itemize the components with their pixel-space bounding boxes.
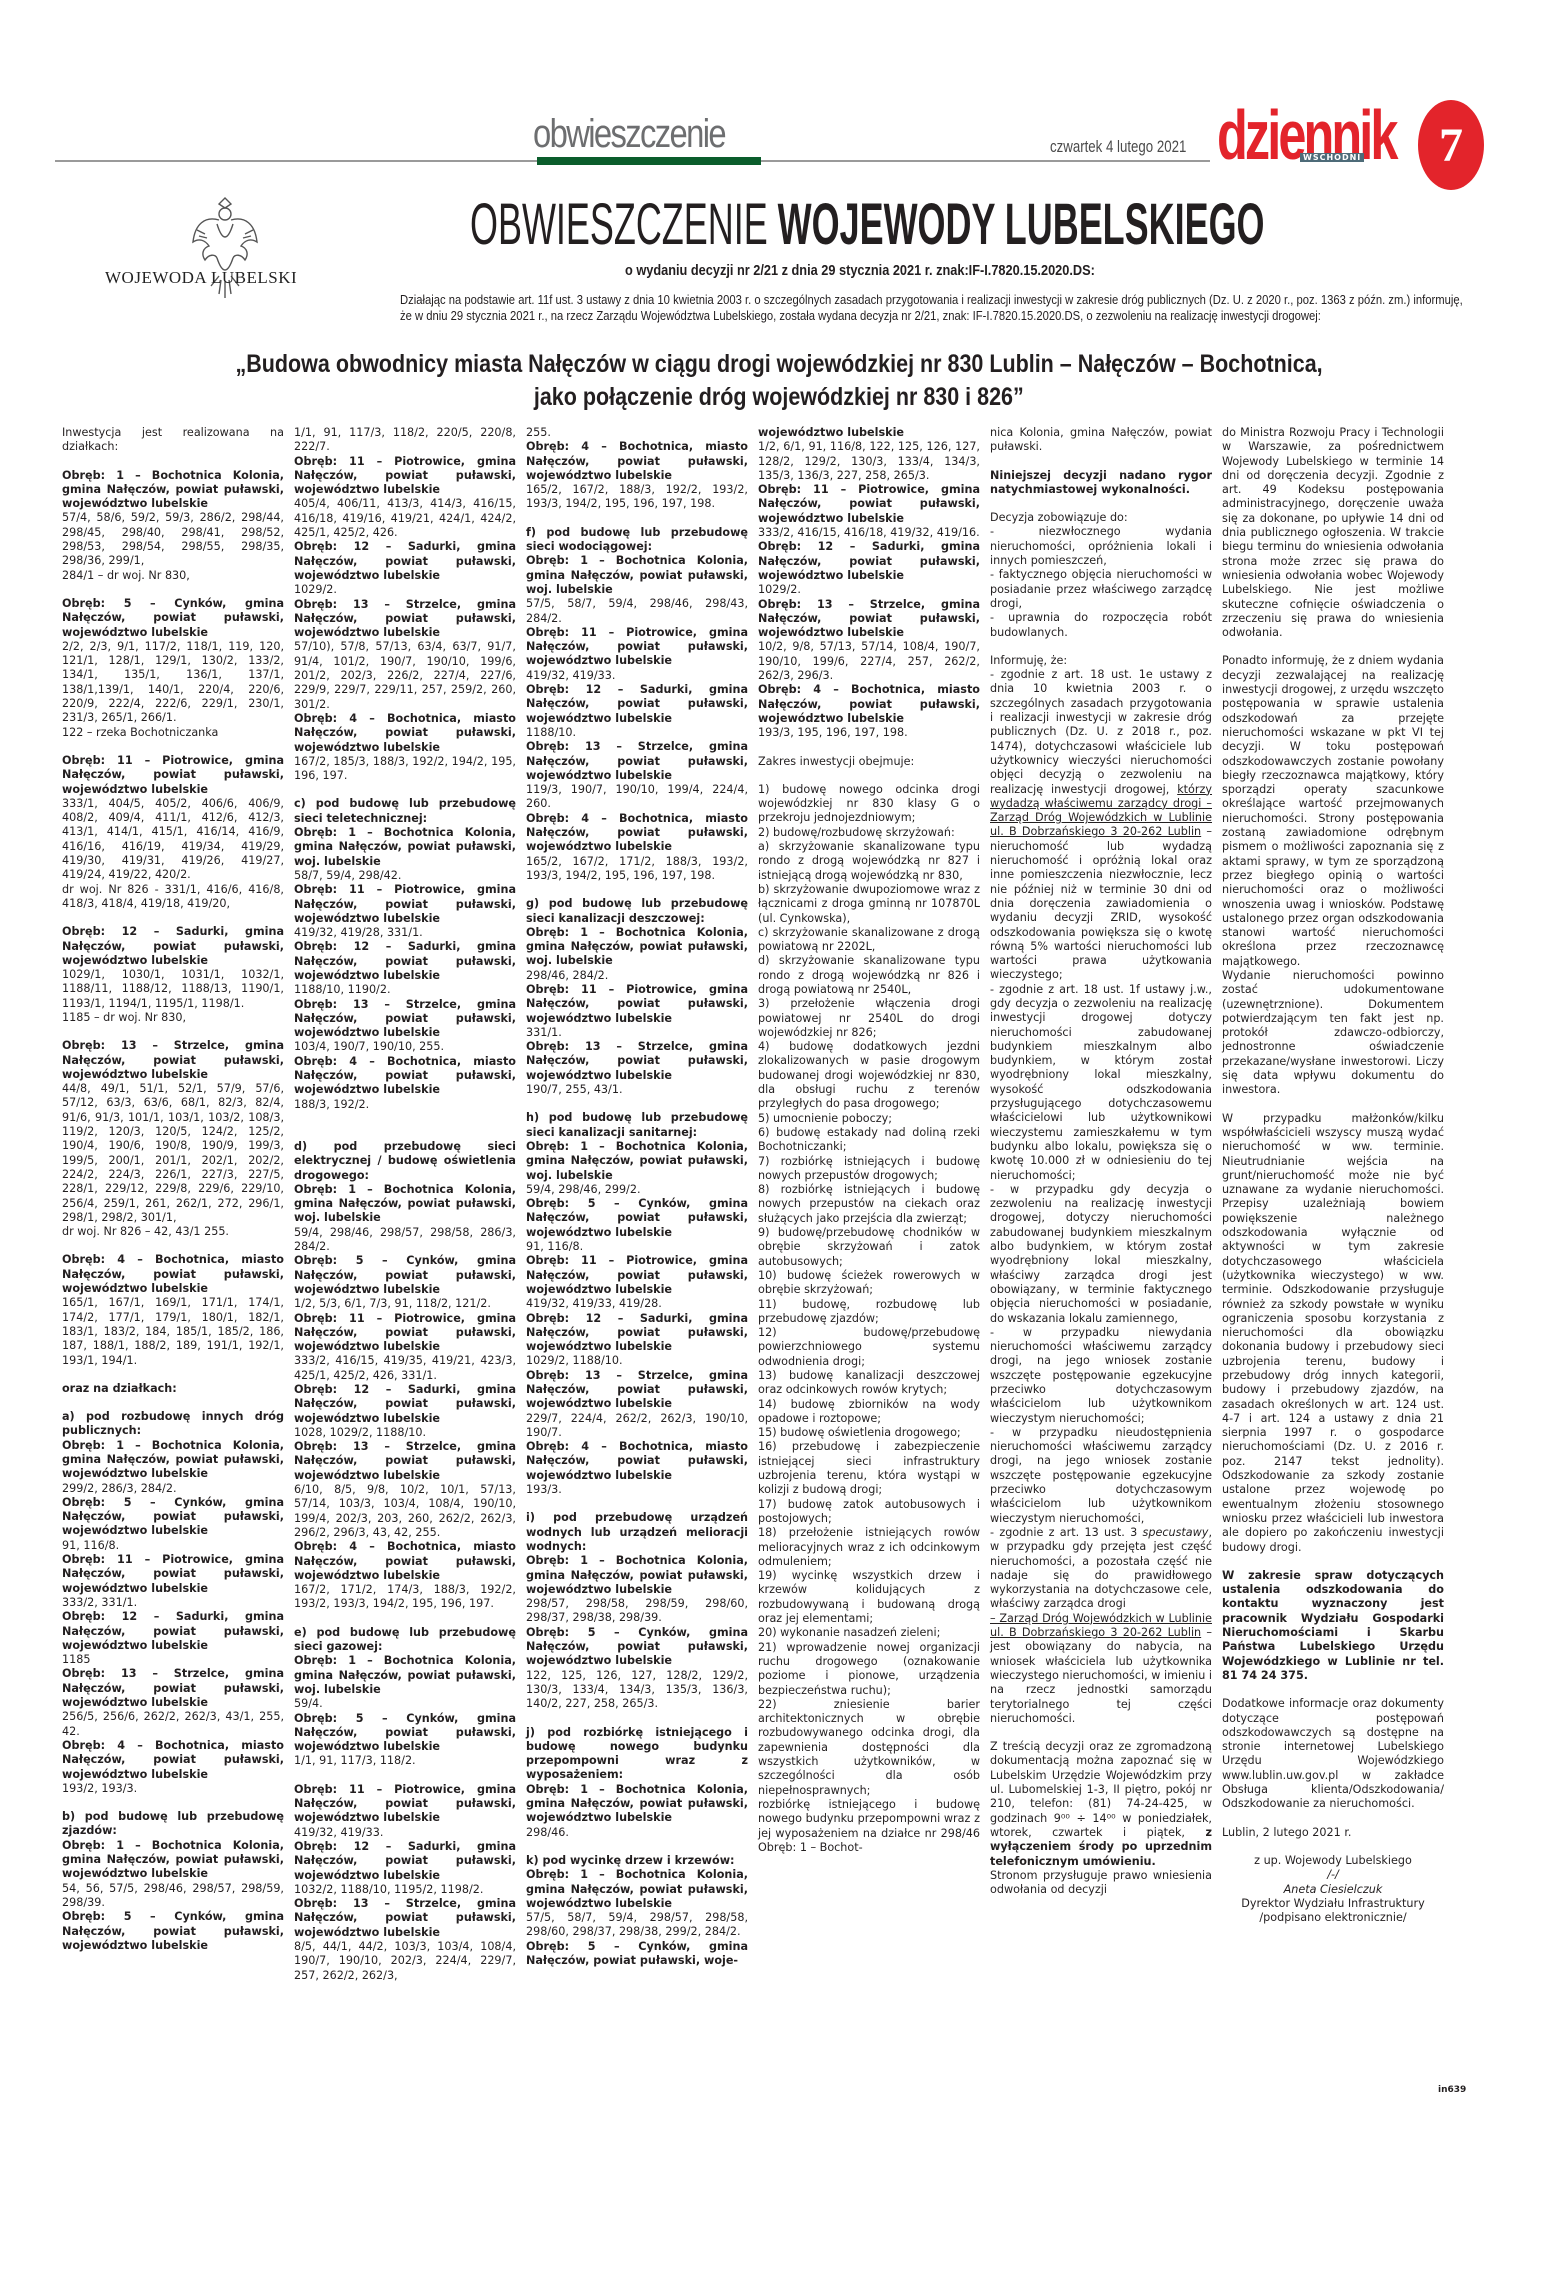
newspaper-logo-sub: WSCHODNI xyxy=(1300,153,1364,162)
paragraph: 331/1. xyxy=(526,1026,748,1040)
paragraph-gap xyxy=(1222,1683,1444,1697)
paragraph: 1028, 1029/2, 1188/10. xyxy=(294,1426,516,1440)
column-3: 255.Obręb: 4 – Bochotnica, miasto Nałęcz… xyxy=(526,426,748,2226)
paragraph-gap xyxy=(294,1126,516,1140)
paragraph: 20) wykonanie nasadzeń zieleni; xyxy=(758,1626,980,1640)
section-heading: Obręb: 11 – Piotrowice, gmina Nałęczów, … xyxy=(526,1254,748,1297)
paragraph: 1188/10. xyxy=(526,726,748,740)
section-heading: Obręb: 12 – Sadurki, gmina Nałęczów, pow… xyxy=(294,540,516,583)
paragraph: 59/4. xyxy=(294,1697,516,1711)
paragraph: 298/46. xyxy=(526,1826,748,1840)
paragraph-gap xyxy=(758,741,980,755)
paragraph: rozbiórkę istniejącego i budowę nowego b… xyxy=(758,1798,980,1855)
section-heading: Obręb: 13 – Strzelce, gmina Nałęczów, po… xyxy=(526,1369,748,1412)
paragraph: Dodatkowe informacje oraz dokumenty doty… xyxy=(1222,1697,1444,1811)
paragraph: 1185 – dr woj. Nr 830, xyxy=(62,1011,284,1025)
section-underline xyxy=(537,157,761,165)
section-heading: Obręb: 5 – Cynków, gmina Nałęczów, powia… xyxy=(294,1712,516,1755)
paragraph: - w przypadku niewydania nieruchomości w… xyxy=(990,1326,1212,1426)
section-heading: Obręb: 4 – Bochotnica, miasto Nałęczów, … xyxy=(526,812,748,855)
paragraph: 419/32, 419/28, 331/1. xyxy=(294,926,516,940)
section-heading: Obręb: 1 – Bochotnica Kolonia, gmina Nał… xyxy=(62,469,284,512)
paragraph: 54, 56, 57/5, 298/46, 298/57, 298/59, 29… xyxy=(62,1882,284,1911)
paragraph: 419/32, 419/33, 419/28. xyxy=(526,1297,748,1311)
section-heading: a) pod rozbudowę innych dróg publicznych… xyxy=(62,1410,284,1439)
paragraph: 6) budowę estakady nad doliną rzeki Boch… xyxy=(758,1126,980,1155)
paragraph: 333/2, 331/1. xyxy=(62,1596,284,1610)
section-heading: Niniejszej decyzji nadano rygor natychmi… xyxy=(990,469,1212,498)
paragraph-gap xyxy=(294,1612,516,1626)
section-heading: Obręb: 5 – Cynków, gmina Nałęczów, powia… xyxy=(294,1254,516,1297)
paragraph: 1029/2. xyxy=(294,583,516,597)
section-heading: Obręb: 12 – Sadurki, gmina Nałęczów, pow… xyxy=(294,1840,516,1883)
section-label: obwieszczenie xyxy=(533,112,725,157)
headline-line-2: jako połączenie dróg wojewódzkiej nr 830… xyxy=(534,381,1024,414)
paragraph: 333/1, 404/5, 405/2, 406/6, 406/9, 408/2… xyxy=(62,797,284,883)
paragraph: 419/32, 419/33. xyxy=(294,1826,516,1840)
paragraph: nica Kolonia, gmina Nałęczów, powiat puł… xyxy=(990,426,1212,455)
section-heading: Obręb: 12 – Sadurki, gmina Nałęczów, pow… xyxy=(62,1610,284,1653)
paragraph-gap xyxy=(62,740,284,754)
emblem-caption: WOJEWODA LUBELSKI xyxy=(105,268,297,288)
paragraph-gap xyxy=(526,512,748,526)
paragraph: 2) budowę/rozbudowę skrzyżowań: xyxy=(758,826,980,840)
section-heading: Obręb: 5 – Cynków, gmina Nałęczów, powia… xyxy=(62,597,284,640)
paragraph: 17) budowę zatok autobusowych i postojow… xyxy=(758,1498,980,1527)
section-heading: Obręb: 5 – Cynków, gmina Nałęczów, powia… xyxy=(62,1496,284,1539)
section-heading: Obręb: 4 – Bochotnica, miasto Nałęczów, … xyxy=(294,712,516,755)
section-heading: Obręb: 4 – Bochotnica, miasto Nałęczów, … xyxy=(294,1055,516,1098)
paragraph: 7) rozbiórkę istniejących i budowę nowyc… xyxy=(758,1155,980,1184)
section-heading: Obręb: 4 – Bochotnica, miasto Nałęczów, … xyxy=(62,1739,284,1782)
section-heading: k) pod wycinkę drzew i krzewów: xyxy=(526,1854,748,1868)
ad-code: in639 xyxy=(1438,2085,1466,2095)
section-heading: Obręb: 11 – Piotrowice, gmina Nałęczów, … xyxy=(62,1553,284,1596)
paragraph-gap xyxy=(62,1396,284,1410)
paragraph: 3) przełożenie włączenia drogi powiatowe… xyxy=(758,997,980,1040)
paragraph: Stronom przysługuje prawo wniesienia odw… xyxy=(990,1869,1212,1898)
paragraph: 91, 116/8. xyxy=(526,1240,748,1254)
paragraph: Lublin, 2 lutego 2021 r. xyxy=(1222,1826,1444,1840)
paragraph: c) skrzyżowanie skanalizowane z drogą po… xyxy=(758,926,980,955)
section-heading: Obręb: 13 – Strzelce, gmina Nałęczów, po… xyxy=(294,1897,516,1940)
masthead: obwieszczenie czwartek 4 lutego 2021 dzi… xyxy=(0,0,1558,170)
paragraph: Dyrektor Wydziału Infrastruktury xyxy=(1222,1897,1444,1911)
paragraph: 59/4, 298/46, 299/2. xyxy=(526,1183,748,1197)
section-heading: g) pod budowę lub przebudowę sieci kanal… xyxy=(526,897,748,926)
section-heading: Obręb: 4 – Bochotnica, miasto Nałęczów, … xyxy=(758,683,980,726)
paragraph: 16) przebudowę i zabezpieczenie istnieją… xyxy=(758,1440,980,1497)
paragraph: - faktycznego objęcia nieruchomości w po… xyxy=(990,568,1212,611)
paragraph-gap xyxy=(1222,1555,1444,1569)
paragraph-gap xyxy=(62,911,284,925)
paragraph: 167/2, 185/3, 188/3, 192/2, 194/2, 195, … xyxy=(294,755,516,784)
paragraph: 2/2, 2/3, 9/1, 117/2, 118/1, 119, 120, 1… xyxy=(62,640,284,726)
section-heading: e) pod budowę lub przebudowę sieci gazow… xyxy=(294,1626,516,1655)
paragraph: 122, 125, 126, 127, 128/2, 129/2, 130/3,… xyxy=(526,1669,748,1712)
section-heading: Obręb: 11 – Piotrowice, gmina Nałęczów, … xyxy=(526,983,748,1026)
paragraph: 44/8, 49/1, 51/1, 52/1, 57/9, 57/6, 57/1… xyxy=(62,1082,284,1225)
paragraph: 1/2, 5/3, 6/1, 7/3, 91, 118/2, 121/2. xyxy=(294,1297,516,1311)
paragraph: 298/57, 298/58, 298/59, 298/60, 298/37, … xyxy=(526,1597,748,1626)
paragraph-gap xyxy=(62,583,284,597)
paragraph: 256/5, 256/6, 262/2, 262/3, 43/1, 255, 4… xyxy=(62,1710,284,1739)
section-heading: Obręb: 13 – Strzelce, gmina Nałęczów, po… xyxy=(294,1440,516,1483)
paragraph: 165/1, 167/1, 169/1, 171/1, 174/1, 174/2… xyxy=(62,1296,284,1367)
paragraph: - zgodnie z art. 13 ust. 3 specustawy, w… xyxy=(990,1526,1212,1612)
section-heading: Obręb: 13 – Strzelce, gmina Nałęczów, po… xyxy=(294,598,516,641)
paragraph: 9) budowę/przebudowę chodników w obrębie… xyxy=(758,1226,980,1269)
paragraph: 165/2, 167/2, 188/3, 192/2, 193/2, 193/3… xyxy=(526,483,748,512)
paragraph-gap xyxy=(294,1769,516,1783)
section-heading: Obręb: 5 – Cynków, gmina Nałęczów, powia… xyxy=(62,1910,284,1953)
paragraph-gap xyxy=(62,1239,284,1253)
section-heading: Obręb: 11 – Piotrowice, gmina Nałęczów, … xyxy=(294,883,516,926)
section-heading: f) pod budowę lub przebudowę sieci wodoc… xyxy=(526,526,748,555)
paragraph: 57/5, 58/7, 59/4, 298/57, 298/58, 298/60… xyxy=(526,1911,748,1940)
section-heading: Obręb: 1 – Bochotnica Kolonia, gmina Nał… xyxy=(526,1140,748,1183)
paragraph-gap xyxy=(526,883,748,897)
paragraph: 6/10, 8/5, 9/8, 10/2, 10/1, 57/13, 57/14… xyxy=(294,1483,516,1540)
section-heading: d) pod przebudowę sieci elektrycznej / b… xyxy=(294,1140,516,1183)
paragraph: 1/2, 6/1, 91, 116/8, 122, 125, 126, 127,… xyxy=(758,440,980,483)
paragraph: 333/2, 416/15, 419/35, 419/21, 423/3, 42… xyxy=(294,1354,516,1383)
paragraph: 1029/1, 1030/1, 1031/1, 1032/1, 1188/11,… xyxy=(62,968,284,1011)
notice-intro: Działając na podstawie art. 11f ust. 3 u… xyxy=(400,292,1471,324)
paragraph: 190/7, 255, 43/1. xyxy=(526,1083,748,1097)
paragraph: 57/5, 58/7, 59/4, 298/46, 298/43, 284/2. xyxy=(526,597,748,626)
column-5: nica Kolonia, gmina Nałęczów, powiat puł… xyxy=(990,426,1212,2226)
paragraph: 1029/2. xyxy=(758,583,980,597)
section-heading: Obręb: 4 – Bochotnica, miasto Nałęczów, … xyxy=(526,1440,748,1483)
paragraph: - uprawnia do rozpoczęcia robót budowlan… xyxy=(990,611,1212,640)
paragraph: 18) przełożenie istniejących rowów melio… xyxy=(758,1526,980,1569)
polish-eagle-emblem-icon xyxy=(185,190,265,310)
section-heading: Obręb: 1 – Bochotnica Kolonia, gmina Nał… xyxy=(294,1183,516,1226)
paragraph: dr woj. Nr 826 – 42, 43/1 255. xyxy=(62,1225,284,1239)
paragraph: Z treścią decyzji oraz ze zgromadzoną do… xyxy=(990,1740,1212,1869)
paragraph: 58/7, 59/4, 298/42. xyxy=(294,869,516,883)
paragraph: 1188/10, 1190/2. xyxy=(294,983,516,997)
paragraph: - zgodnie z art. 18 ust. 1e ustawy z dni… xyxy=(990,668,1212,983)
section-heading: i) pod przebudowę urządzeń wodnych lub u… xyxy=(526,1511,748,1554)
section-heading: Obręb: 1 – Bochotnica Kolonia, gmina Nał… xyxy=(526,1554,748,1597)
paragraph: 8) rozbiórkę istniejących i budowę nowyc… xyxy=(758,1183,980,1226)
paragraph: 21) wprowadzenie nowej organizacji ruchu… xyxy=(758,1641,980,1698)
paragraph-gap xyxy=(62,1796,284,1810)
paragraph: - w przypadku nieudostępnienia nieruchom… xyxy=(990,1426,1212,1526)
section-heading: Obręb: 13 – Strzelce, gmina Nałęczów, po… xyxy=(62,1667,284,1710)
paragraph: 11) budowę, rozbudowę lub przebudowę zja… xyxy=(758,1298,980,1327)
paragraph: d) skrzyżowanie skanalizowane typu rondo… xyxy=(758,954,980,997)
notice-body-columns: Inwestycja jest realizowana na działkach… xyxy=(62,426,1446,2226)
section-heading: Obręb: 4 – Bochotnica, miasto Nałęczów, … xyxy=(526,440,748,483)
column-2: 1/1, 91, 117/3, 118/2, 220/5, 220/8, 222… xyxy=(294,426,516,2226)
section-heading: Obręb: 1 – Bochotnica Kolonia, gmina Nał… xyxy=(526,926,748,969)
paragraph: 188/3, 192/2. xyxy=(294,1098,516,1112)
paragraph: 193/3. xyxy=(526,1483,748,1497)
title-bold: WOJEWODY LUBELSKIEGO xyxy=(778,192,1265,257)
paragraph-gap xyxy=(526,1840,748,1854)
paragraph: 14) budowę zbiorników na wody opadowe i … xyxy=(758,1398,980,1427)
paragraph: 419/32, 419/33. xyxy=(526,669,748,683)
section-heading: Obręb: 11 – Piotrowice, gmina Nałęczów, … xyxy=(758,483,980,526)
section-heading: oraz na działkach: xyxy=(62,1382,284,1396)
paragraph: - niezwłocznego wydania nieruchomości, o… xyxy=(990,525,1212,568)
section-heading: Obręb: 1 – Bochotnica Kolonia, gmina Nał… xyxy=(294,1654,516,1697)
section-heading: Obręb: 1 – Bochotnica Kolonia, gmina Nał… xyxy=(62,1839,284,1882)
paragraph: 1032/2, 1188/10, 1195/2, 1198/2. xyxy=(294,1883,516,1897)
issue-date: czwartek 4 lutego 2021 xyxy=(1050,137,1186,157)
paragraph-gap xyxy=(62,455,284,469)
paragraph: 122 – rzeka Bochotniczanka xyxy=(62,726,284,740)
paragraph-gap xyxy=(526,1712,748,1726)
section-heading: W zakresie spraw dotyczących ustalenia o… xyxy=(1222,1569,1444,1683)
paragraph-gap xyxy=(294,783,516,797)
page-number-badge: 7 xyxy=(1418,100,1484,190)
section-heading: Obręb: 12 – Sadurki, gmina Nałęczów, pow… xyxy=(294,940,516,983)
paragraph-gap xyxy=(990,1726,1212,1740)
paragraph: 405/4, 406/11, 413/3, 414/3, 416/15, 416… xyxy=(294,497,516,540)
section-heading: Obręb: 12 – Sadurki, gmina Nałęczów, pow… xyxy=(758,540,980,583)
paragraph: 19) wycinkę wszystkich drzew i krzewów k… xyxy=(758,1569,980,1626)
paragraph: 4) budowę dodatkowych jezdni zlokalizowa… xyxy=(758,1040,980,1111)
paragraph: Inwestycja jest realizowana na działkach… xyxy=(62,426,284,455)
paragraph: do Ministra Rozwoju Pracy i Technologii … xyxy=(1222,426,1444,640)
section-heading: c) pod budowę lub przebudowę sieci telet… xyxy=(294,797,516,826)
paragraph: 229/7, 224/4, 262/2, 262/3, 190/10, 190/… xyxy=(526,1412,748,1441)
section-heading: Obręb: 11 – Piotrowice, gmina Nałęczów, … xyxy=(294,455,516,498)
paragraph: /-/ xyxy=(1222,1868,1444,1882)
paragraph: 119/3, 190/7, 190/10, 199/4, 224/4, 260. xyxy=(526,783,748,812)
section-heading: Obręb: 1 – Bochotnica Kolonia, gmina Nał… xyxy=(526,554,748,597)
paragraph: 103/4, 190/7, 190/10, 255. xyxy=(294,1040,516,1054)
paragraph: – Zarząd Dróg Wojewódzkich w Lublinie ul… xyxy=(990,1612,1212,1726)
section-heading: Obręb: 4 – Bochotnica, miasto Nałęczów, … xyxy=(62,1253,284,1296)
paragraph: z up. Wojewody Lubelskiego xyxy=(1222,1854,1444,1868)
section-heading: Obręb: 5 – Cynków, gmina Nałęczów, powia… xyxy=(526,1940,748,1969)
paragraph-gap xyxy=(294,1112,516,1126)
paragraph: 8/5, 44/1, 44/2, 103/3, 103/4, 108/4, 19… xyxy=(294,1940,516,1983)
section-heading: Obręb: 12 – Sadurki, gmina Nałęczów, pow… xyxy=(62,925,284,968)
section-heading: j) pod rozbiórkę istniejącego i budowę n… xyxy=(526,1726,748,1783)
section-heading: Obręb: 12 – Sadurki, gmina Nałęczów, pow… xyxy=(526,683,748,726)
paragraph-gap xyxy=(1222,1840,1444,1854)
section-heading: Obręb: 4 – Bochotnica, miasto Nałęczów, … xyxy=(294,1540,516,1583)
paragraph: 57/4, 58/6, 59/2, 59/3, 286/2, 298/44, 2… xyxy=(62,511,284,568)
section-heading: b) pod budowę lub przebudowę zjazdów: xyxy=(62,1810,284,1839)
section-heading: Obręb: 11 – Piotrowice, gmina Nałęczów, … xyxy=(294,1312,516,1355)
section-heading: Obręb: 13 – Strzelce, gmina Nałęczów, po… xyxy=(526,1040,748,1083)
paragraph: 10) budowę ścieżek rowerowych w obrębie … xyxy=(758,1269,980,1298)
paragraph: Informuję, że: xyxy=(990,654,1212,668)
column-6: do Ministra Rozwoju Pracy i Technologii … xyxy=(1222,426,1444,2226)
notice-title: OBWIESZCZENIE WOJEWODY LUBELSKIEGO xyxy=(470,196,1265,254)
paragraph: 10/2, 9/8, 57/13, 57/14, 108/4, 190/7, 1… xyxy=(758,640,980,683)
paragraph: 1185 xyxy=(62,1653,284,1667)
section-heading: Obręb: 5 – Cynków, gmina Nałęczów, powia… xyxy=(526,1197,748,1240)
section-heading: Obręb: 1 – Bochotnica Kolonia, gmina Nał… xyxy=(62,1439,284,1482)
paragraph: 1) budowę nowego odcinka drogi wojewódzk… xyxy=(758,783,980,826)
paragraph: 15) budowę oświetlenia drogowego; xyxy=(758,1426,980,1440)
paragraph: dr woj. Nr 826 - 331/1, 416/6, 416/8, 41… xyxy=(62,883,284,912)
paragraph: 59/4, 298/46, 298/57, 298/58, 286/3, 284… xyxy=(294,1226,516,1255)
section-heading: województwo lubelskie xyxy=(758,426,980,440)
paragraph: 193/3, 195, 196, 197, 198. xyxy=(758,726,980,740)
section-heading: Obręb: 12 – Sadurki, gmina Nałęczów, pow… xyxy=(526,1312,748,1355)
paragraph: a) skrzyżowanie skanalizowane typu rondo… xyxy=(758,840,980,883)
paragraph: Zakres inwestycji obejmuje: xyxy=(758,755,980,769)
paragraph: - zgodnie z art. 18 ust. 1f ustawy j.w.,… xyxy=(990,983,1212,1183)
paragraph: - w przypadku gdy decyzja o zezwoleniu n… xyxy=(990,1183,1212,1326)
paragraph: Wydanie nieruchomości powinno zostać udo… xyxy=(1222,969,1444,1098)
paragraph-gap xyxy=(758,769,980,783)
paragraph: 333/2, 416/15, 416/18, 419/32, 419/16. xyxy=(758,526,980,540)
paragraph: 193/2, 193/3. xyxy=(62,1782,284,1796)
section-heading: Obręb: 13 – Strzelce, gmina Nałęczów, po… xyxy=(526,740,748,783)
section-heading: Obręb: 1 – Bochotnica Kolonia, gmina Nał… xyxy=(526,1868,748,1911)
paragraph: 167/2, 171/2, 174/3, 188/3, 192/2, 193/2… xyxy=(294,1583,516,1612)
paragraph-gap xyxy=(62,1368,284,1382)
section-heading: Obręb: 13 – Strzelce, gmina Nałęczów, po… xyxy=(758,598,980,641)
paragraph-gap xyxy=(526,1497,748,1511)
paragraph: 57/10), 57/8, 57/13, 63/4, 63/7, 91/7, 9… xyxy=(294,640,516,711)
title-light: OBWIESZCZENIE xyxy=(470,192,778,257)
column-4: województwo lubelskie1/2, 6/1, 91, 116/8… xyxy=(758,426,980,2226)
section-heading: h) pod budowę lub przebudowę sieci kanal… xyxy=(526,1111,748,1140)
section-heading: Obręb: 13 – Strzelce, gmina Nałęczów, po… xyxy=(62,1039,284,1082)
paragraph: 165/2, 167/2, 171/2, 188/3, 193/2, 193/3… xyxy=(526,855,748,884)
paragraph: 299/2, 286/3, 284/2. xyxy=(62,1482,284,1496)
paragraph-gap xyxy=(1222,1098,1444,1112)
section-heading: Obręb: 12 – Sadurki, gmina Nałęczów, pow… xyxy=(294,1383,516,1426)
paragraph: 12) budowę/przebudowę powierzchniowego s… xyxy=(758,1326,980,1369)
section-heading: Obręb: 11 – Piotrowice, gmina Nałęczów, … xyxy=(294,1783,516,1826)
paragraph: 22) zniesienie barier architektonicznych… xyxy=(758,1698,980,1798)
section-heading: Obręb: 5 – Cynków, gmina Nałęczów, powia… xyxy=(526,1626,748,1669)
paragraph: Aneta Ciesielczuk xyxy=(1222,1883,1444,1897)
headline-line-1: „Budowa obwodnicy miasta Nałęczów w ciąg… xyxy=(235,348,1322,381)
paragraph-gap xyxy=(62,1025,284,1039)
section-heading: Obręb: 13 – Strzelce, gmina Nałęczów, po… xyxy=(294,998,516,1041)
investment-headline: „Budowa obwodnicy miasta Nałęczów w ciąg… xyxy=(0,348,1558,414)
paragraph: W przypadku małżonków/kilku współwłaścic… xyxy=(1222,1112,1444,1555)
paragraph: /podpisano elektronicznie/ xyxy=(1222,1911,1444,1925)
paragraph: 5) umocnienie poboczy; xyxy=(758,1112,980,1126)
paragraph-gap xyxy=(526,1097,748,1111)
paragraph-gap xyxy=(990,455,1212,469)
paragraph: 1/1, 91, 117/3, 118/2, 220/5, 220/8, 222… xyxy=(294,426,516,455)
paragraph: 284/1 – dr woj. Nr 830, xyxy=(62,569,284,583)
paragraph: 1/1, 91, 117/3, 118/2. xyxy=(294,1754,516,1768)
paragraph-gap xyxy=(1222,640,1444,654)
paragraph-gap xyxy=(990,640,1212,654)
paragraph: Decyzja zobowiązuje do: xyxy=(990,511,1212,525)
paragraph: 91, 116/8. xyxy=(62,1539,284,1553)
section-heading: Obręb: 1 – Bochotnica Kolonia, gmina Nał… xyxy=(526,1783,748,1826)
paragraph-gap xyxy=(1222,1812,1444,1826)
paragraph: Ponadto informuję, że z dniem wydania de… xyxy=(1222,654,1444,969)
paragraph: 298/46, 284/2. xyxy=(526,969,748,983)
paragraph: 1029/2, 1188/10. xyxy=(526,1354,748,1368)
section-heading: Obręb: 1 – Bochotnica Kolonia, gmina Nał… xyxy=(294,826,516,869)
paragraph: b) skrzyżowanie dwupoziomowe wraz z łącz… xyxy=(758,883,980,926)
section-heading: Obręb: 11 – Piotrowice, gmina Nałęczów, … xyxy=(526,626,748,669)
section-heading: Obręb: 11 – Piotrowice, gmina Nałęczów, … xyxy=(62,754,284,797)
paragraph-gap xyxy=(990,497,1212,511)
paragraph: 13) budowę kanalizacji deszczowej oraz o… xyxy=(758,1369,980,1398)
column-1: Inwestycja jest realizowana na działkach… xyxy=(62,426,284,2226)
notice-subtitle: o wydaniu decyzji nr 2/21 z dnia 29 styc… xyxy=(625,262,1095,279)
paragraph: 255. xyxy=(526,426,748,440)
